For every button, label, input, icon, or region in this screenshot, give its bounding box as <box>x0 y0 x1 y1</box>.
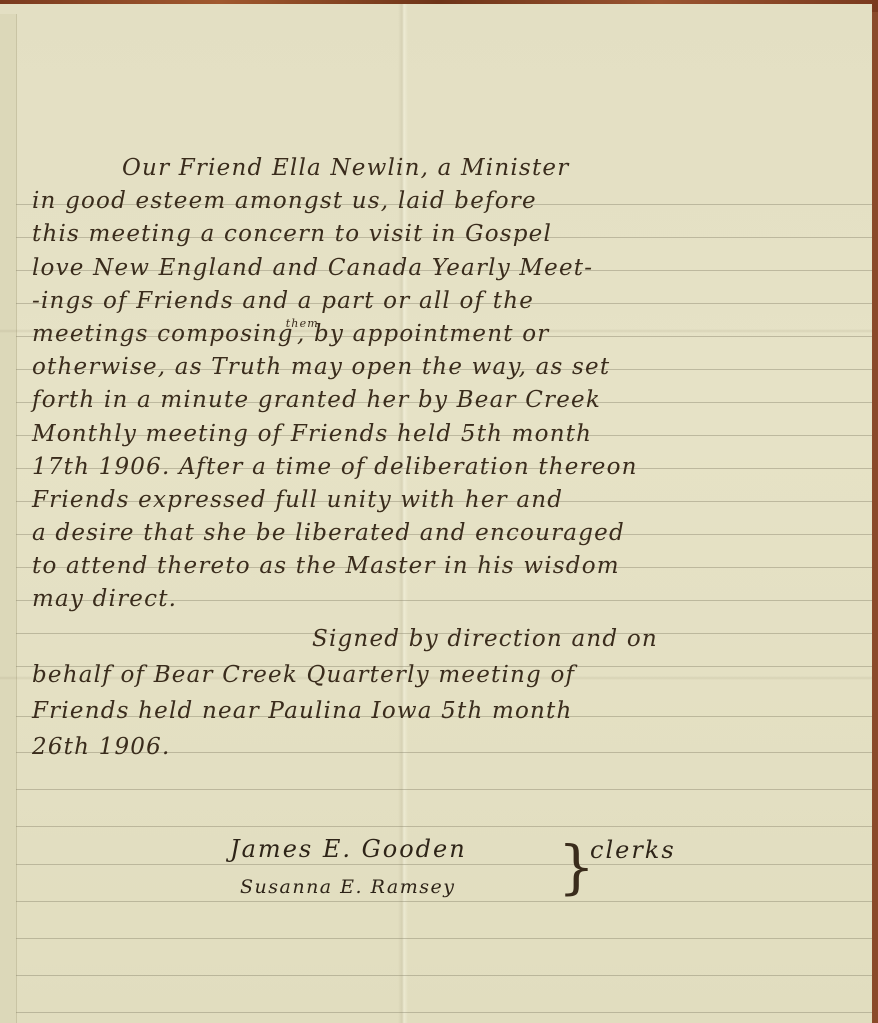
closing-line: behalf of Bear Creek Quarterly meeting o… <box>32 659 872 695</box>
body-line: may direct. <box>32 583 872 616</box>
clerks-label: clerks <box>590 836 676 864</box>
ruled-line <box>16 975 872 976</box>
body-line: forth in a minute granted her by Bear Cr… <box>32 384 872 417</box>
closing-line: Signed by direction and on <box>32 623 872 659</box>
body-line: this meeting a concern to visit in Gospe… <box>32 218 872 251</box>
paper-left-flap <box>0 14 17 1023</box>
body-line: to attend thereto as the Master in his w… <box>32 550 872 583</box>
ruled-line <box>16 938 872 939</box>
body-line: in good esteem amongst us, laid before <box>32 185 872 218</box>
body-line: Our Friend Ella Newlin, a Minister <box>32 152 872 185</box>
ruled-line <box>16 1012 872 1013</box>
body-line: 17th 1906. After a time of deliberation … <box>32 451 872 484</box>
body-line: Friends expressed full unity with her an… <box>32 484 872 517</box>
ruled-line <box>16 826 872 827</box>
inserted-word: them <box>286 317 319 330</box>
body-line: Monthly meeting of Friends held 5th mont… <box>32 418 872 451</box>
body-line-with-insertion: meetings composingthem, by appointment o… <box>32 318 872 351</box>
signature-block: James E. Gooden Susanna E. Ramsey } cler… <box>230 830 730 906</box>
body-line: love New England and Canada Yearly Meet- <box>32 252 872 285</box>
closing-line: Friends held near Paulina Iowa 5th month <box>32 695 872 731</box>
signature: Susanna E. Ramsey <box>230 868 730 906</box>
ruled-line <box>16 789 872 790</box>
closing-line: 26th 1906. <box>32 731 872 767</box>
body-line: a desire that she be liberated and encou… <box>32 517 872 550</box>
body-line-part: by appointment or <box>314 321 549 347</box>
body-line: otherwise, as Truth may open the way, as… <box>32 351 872 384</box>
letter-body: Our Friend Ella Newlin, a Minister in go… <box>32 152 872 767</box>
body-line-part: meetings composing <box>32 321 294 347</box>
body-line: -ings of Friends and a part or all of th… <box>32 285 872 318</box>
